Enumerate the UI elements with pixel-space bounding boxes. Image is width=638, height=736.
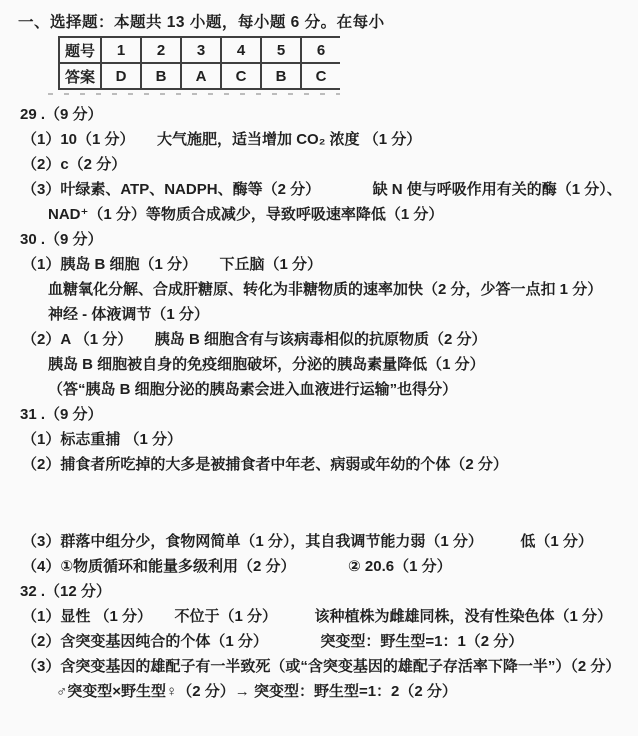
answer-cell: A <box>181 63 221 89</box>
answer-line: （4）①物质循环和能量多级利用（2 分） ② 20.6（1 分） <box>18 554 632 579</box>
answer-line: 神经 - 体液调节（1 分） <box>18 302 632 327</box>
exam-answer-sheet: 一、选择题：本题共 13 小题，每小题 6 分。在每小 题号 1 2 3 4 5… <box>0 0 638 736</box>
question-row-label: 题号 <box>59 37 101 63</box>
answer-line: （2）A （1 分） 胰岛 B 细胞含有与该病毒相似的抗原物质（2 分） <box>18 327 632 352</box>
question-number-cell: 2 <box>141 37 181 63</box>
question-number-row: 题号 1 2 3 4 5 6 <box>59 37 340 63</box>
answer-line: （答“胰岛 B 细胞分泌的胰岛素会进入血液进行运输”也得分） <box>18 377 632 402</box>
answer-row: 答案 D B A C B C <box>59 63 340 89</box>
answer-cell: C <box>221 63 261 89</box>
answer-line: （2）捕食者所吃掉的大多是被捕食者中年老、病弱或年幼的个体（2 分） <box>18 452 632 477</box>
answer-cell: B <box>141 63 181 89</box>
answer-line: 31 .（9 分） <box>18 402 632 427</box>
answer-line: ♂突变型×野生型♀（2 分）→ 突变型：野生型=1：2（2 分） <box>18 679 632 704</box>
answer-line: （3）含突变基因的雄配子有一半致死（或“含突变基因的雄配子存活率下降一半”）（2… <box>18 654 632 679</box>
question-number-cell: 6 <box>301 37 340 63</box>
scan-dashed-artifact <box>48 93 340 95</box>
answer-line: （3）叶绿素、ATP、NADPH、酶等（2 分） 缺 N 使与呼吸作用有关的酶（… <box>18 177 632 202</box>
answer-cell: D <box>101 63 141 89</box>
question-number-cell: 1 <box>101 37 141 63</box>
answer-line: （1）10（1 分） 大气施肥，适当增加 CO₂ 浓度 （1 分） <box>18 127 632 152</box>
answer-line: 29 .（9 分） <box>18 102 632 127</box>
answer-line: （2）c（2 分） <box>18 152 632 177</box>
answer-line: （3）群落中组分少，食物网简单（1 分），其自我调节能力弱（1 分） 低（1 分… <box>18 529 632 554</box>
answer-cell: B <box>261 63 301 89</box>
answer-cell: C <box>301 63 340 89</box>
answer-line: 血糖氧化分解、合成肝糖原、转化为非糖物质的速率加快（2 分，少答一点扣 1 分） <box>18 277 632 302</box>
question-number-cell: 3 <box>181 37 221 63</box>
answer-line: （2）含突变基因纯合的个体（1 分） 突变型：野生型=1：1（2 分） <box>18 629 632 654</box>
answer-line: （1）标志重捕 （1 分） <box>18 427 632 452</box>
blank-answer-space <box>18 477 632 529</box>
answer-line: 胰岛 B 细胞被自身的免疫细胞破坏，分泌的胰岛素量降低（1 分） <box>18 352 632 377</box>
answer-table-wrapper: 题号 1 2 3 4 5 6 答案 D B A C B C <box>58 36 344 90</box>
answers-body: 29 .（9 分） （1）10（1 分） 大气施肥，适当增加 CO₂ 浓度 （1… <box>18 102 632 704</box>
question-number-cell: 4 <box>221 37 261 63</box>
answer-row-label: 答案 <box>59 63 101 89</box>
answer-line: （1）胰岛 B 细胞（1 分） 下丘脑（1 分） <box>18 252 632 277</box>
answer-line: （1）显性 （1 分） 不位于（1 分） 该种植株为雌雄同株，没有性染色体（1 … <box>18 604 632 629</box>
answer-line: 30 .（9 分） <box>18 227 632 252</box>
answer-line: 32 .（12 分） <box>18 579 632 604</box>
answer-line: NAD⁺（1 分）等物质合成减少，导致呼吸速率降低（1 分） <box>18 202 632 227</box>
answer-table: 题号 1 2 3 4 5 6 答案 D B A C B C <box>58 36 340 90</box>
question-number-cell: 5 <box>261 37 301 63</box>
section-header: 一、选择题：本题共 13 小题，每小题 6 分。在每小 <box>18 12 632 33</box>
